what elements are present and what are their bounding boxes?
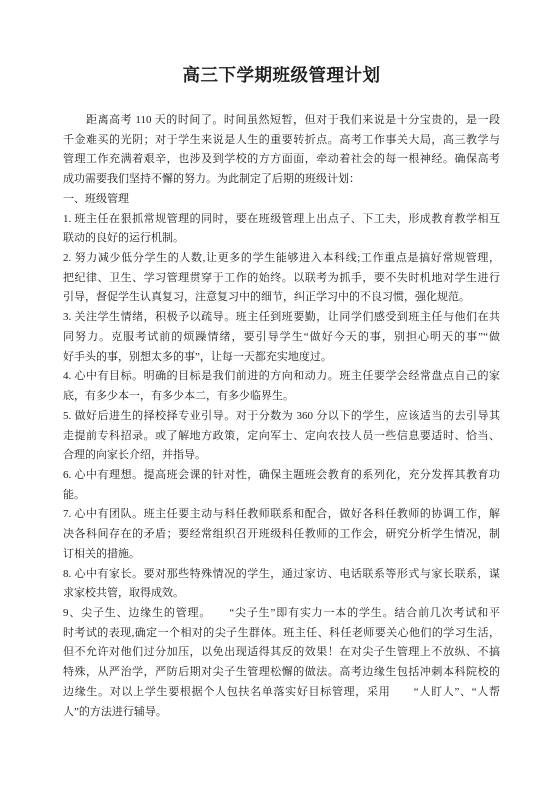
text-line: 管理工作充满着艰辛，也涉及到学校的方方面面，牵动着社会的每一根神经。确保高考 bbox=[63, 150, 500, 170]
text-line: 4. 心中有目标。明确的目标是我们前进的方向和动力。班主任要学会经常盘点自己的家 bbox=[63, 367, 500, 387]
text-line: 能。 bbox=[63, 486, 500, 506]
text-line: 2. 努力减少低分学生的人数,让更多的学生能够进入本科线;工作重点是搞好常规管理… bbox=[63, 249, 500, 269]
text-line: 8. 心中有家长。要对那些特殊情况的学生，通过家访、电话联系等形式与家长联系，谋 bbox=[63, 565, 500, 585]
paragraph: 距离高考 110 天的时间了。时间虽然短暂，但对于我们来说是十分宝贵的，是一段千… bbox=[63, 111, 500, 190]
text-line: 1. 班主任在狠抓常规管理的同时，要在班级管理上出点子、下工夫，形成教育教学相互 bbox=[63, 210, 500, 230]
paragraph: 7. 心中有团队。班主任要主动与科任教师联系和配合，做好各科任教师的协调工作，解… bbox=[63, 505, 500, 564]
text-line: 联动的良好的运行机制。 bbox=[63, 229, 500, 249]
text-line: 好手头的事，别想太多的事”，让每一天都充实地度过。 bbox=[63, 348, 500, 368]
text-line: 求家校共管，取得成效。 bbox=[63, 584, 500, 604]
text-line: 但不允许对他们过分加压，以免出现适得其反的效果！在对尖子生管理上不放纵、不搞 bbox=[63, 643, 500, 663]
text-line: 引导，督促学生认真复习，注意复习中的细节，纠正学习中的不良习惯，强化规范。 bbox=[63, 288, 500, 308]
text-line: 底，有多少本一，有多少本二，有多少临界生。 bbox=[63, 387, 500, 407]
text-line: 距离高考 110 天的时间了。时间虽然短暂，但对于我们来说是十分宝贵的，是一段 bbox=[63, 111, 500, 131]
text-line: 决各科间存在的矛盾；要经常组织召开班级科任教师的工作会，研究分析学生情况，制 bbox=[63, 525, 500, 545]
paragraph: 6. 心中有理想。提高班会课的针对性，确保主题班会教育的系列化，充分发挥其教育功… bbox=[63, 466, 500, 505]
text-line: 把纪律、卫生、学习管理贯穿于工作的始终。以联考为抓手，要不失时机地对学生进行 bbox=[63, 269, 500, 289]
document-page: 高三下学期班级管理计划 距离高考 110 天的时间了。时间虽然短暂，但对于我们来… bbox=[0, 0, 560, 792]
text-line: 5. 做好后进生的择校择专业引导。对于分数为 360 分以下的学生，应该适当的去… bbox=[63, 407, 500, 427]
text-line: 千金难买的光阴；对于学生来说是人生的重要转折点。高考工作事关大局，高三教学与 bbox=[63, 131, 500, 151]
text-line: 9、尖子生、边缘生的管理。 “尖子生”即有实力一本的学生。结合前几次考试和平 bbox=[63, 604, 500, 624]
paragraph: 2. 努力减少低分学生的人数,让更多的学生能够进入本科线;工作重点是搞好常规管理… bbox=[63, 249, 500, 308]
text-line: 7. 心中有团队。班主任要主动与科任教师联系和配合，做好各科任教师的协调工作，解 bbox=[63, 505, 500, 525]
paragraph: 3. 关注学生情绪，积极予以疏导。班主任到班要勤，让同学们感受到班主任与他们在共… bbox=[63, 308, 500, 367]
text-line: 3. 关注学生情绪，积极予以疏导。班主任到班要勤，让同学们感受到班主任与他们在共 bbox=[63, 308, 500, 328]
text-line: 一、班级管理 bbox=[63, 190, 500, 210]
paragraph: 9、尖子生、边缘生的管理。 “尖子生”即有实力一本的学生。结合前几次考试和平时考… bbox=[63, 604, 500, 722]
text-line: 走提前专科招录。或了解地方政策，定向军士、定向农技人员一些信息要适时、恰当、 bbox=[63, 427, 500, 447]
document-body: 距离高考 110 天的时间了。时间虽然短暂，但对于我们来说是十分宝贵的，是一段千… bbox=[63, 111, 500, 722]
document-title: 高三下学期班级管理计划 bbox=[63, 64, 500, 86]
paragraph: 1. 班主任在狠抓常规管理的同时，要在班级管理上出点子、下工夫，形成教育教学相互… bbox=[63, 210, 500, 249]
text-line: 成功需要我们坚持不懈的努力。为此制定了后期的班级计划： bbox=[63, 170, 500, 190]
text-line: 边缘生。对以上学生要根据个人包扶名单落实好目标管理，采用 “人盯人”、“人帮 bbox=[63, 683, 500, 703]
paragraph: 一、班级管理 bbox=[63, 190, 500, 210]
text-line: 同努力。克服考试前的烦躁情绪，要引导学生“做好今天的事，别担心明天的事”“做 bbox=[63, 328, 500, 348]
paragraph: 4. 心中有目标。明确的目标是我们前进的方向和动力。班主任要学会经常盘点自己的家… bbox=[63, 367, 500, 406]
text-line: 特殊，从严治学，严防后期对尖子生管理松懈的做法。高考边缘生包括冲刺本科院校的 bbox=[63, 663, 500, 683]
paragraph: 5. 做好后进生的择校择专业引导。对于分数为 360 分以下的学生，应该适当的去… bbox=[63, 407, 500, 466]
text-line: 订相关的措施。 bbox=[63, 545, 500, 565]
text-line: 6. 心中有理想。提高班会课的针对性，确保主题班会教育的系列化，充分发挥其教育功 bbox=[63, 466, 500, 486]
text-line: 人”的方法进行辅导。 bbox=[63, 703, 500, 723]
text-line: 合理的向家长介绍，并指导。 bbox=[63, 446, 500, 466]
paragraph: 8. 心中有家长。要对那些特殊情况的学生，通过家访、电话联系等形式与家长联系，谋… bbox=[63, 565, 500, 604]
text-line: 时考试的表现,确定一个相对的尖子生群体。班主任、科任老师要关心他们的学习生活， bbox=[63, 624, 500, 644]
